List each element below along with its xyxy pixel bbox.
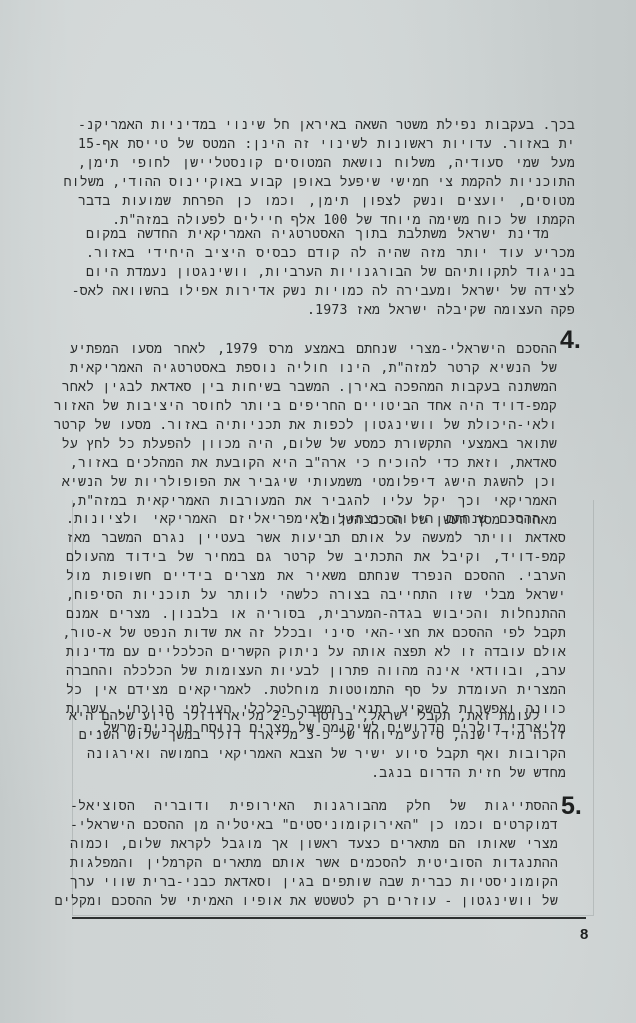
text-line: התוכניות להקמת צי חמישי שיפעל באופן קבוע… xyxy=(78,173,575,192)
text-line: הקרובות ואף תקבל סיוע ישיר של הצבא האמרי… xyxy=(90,745,566,764)
paragraph-section-5-1: ההסתייגות של חלק מהבורגנות האירופית ודוב… xyxy=(70,797,558,911)
section-number-5: 5. xyxy=(561,792,582,821)
text-line: אולם עובדה זו לא תפצה אותה על ניתוק הקשר… xyxy=(66,643,566,662)
paragraph-section-4-3: לעומת זאת, תקבל ישראל, בנוסף לכ-2 מליארד… xyxy=(90,707,566,783)
text-line: ית באזור. עדויות ראשונות לשינוי זה הינן:… xyxy=(78,135,575,154)
text-line: זוכה מידי שנה, סיוע מיוחד של כ-3 מליארד … xyxy=(90,726,566,745)
paragraph-intro-1: בכך. בעקבות נפילת משטר השאה באיראן חל שי… xyxy=(78,116,575,230)
text-line: המשתנה בעקבות המהפכה באירן. המשבר בשיחות… xyxy=(70,378,557,397)
footer-rule xyxy=(72,917,586,919)
text-line: מחדש של חזית הדרום בנגב. xyxy=(90,764,566,783)
page-number: 8 xyxy=(580,926,588,943)
text-line: סאדאת וויתר למעשה על אותם תביעות אשר בעט… xyxy=(66,529,566,548)
text-line: מכריע עוד יותר מזה שהיה לה קודם כבסיס הי… xyxy=(86,244,575,263)
document-page: בכך. בעקבות נפילת משטר השאה באיראן חל שי… xyxy=(0,0,636,1023)
paragraph-section-4-1: ההסכם הישראלי-מצרי שנחתם באמצע מרס 1979,… xyxy=(70,340,557,530)
text-line: ההסתייגות של חלק מהבורגנות האירופית ודוב… xyxy=(70,797,558,816)
text-line: ולאי-היכולת של וושינגטון לכפות את תכניות… xyxy=(70,416,557,435)
text-line: מדינת ישראל משתלבת בתוך האסטרטגיה האמריק… xyxy=(86,225,575,244)
text-line: דמוקרטים וכמו כן "האירוקומוניסטים" באיטל… xyxy=(70,816,558,835)
text-line: מעל שמי סעודיה, משלוח נושאת המטוסים קונס… xyxy=(78,154,575,173)
text-line: לצידה של ישראל ומעבירה לה כמויות נשק אדי… xyxy=(86,282,575,301)
text-line: ישראל מבלי שזו התחייבה בצורה כלשהי לוותר… xyxy=(66,586,566,605)
text-line: וכן להשגת הישג דיפלומטי משמעותי שיגביר א… xyxy=(70,473,557,492)
text-line: מצרי שאותו הם מתארים כצעד ראשון אך מוגבל… xyxy=(70,835,558,854)
text-line: קמפ-דויד, וקיבל את התכתיב של קרטר גם במח… xyxy=(66,548,566,567)
text-line: ההסכם הישראלי-מצרי שנחתם באמצע מרס 1979,… xyxy=(70,340,557,359)
text-line: פקה העצומה שקיבלה ישראל מאז 1973. xyxy=(86,301,575,320)
text-line: קמפ-דויד היה אחד הביטויים החריפים ביותר … xyxy=(70,397,557,416)
text-line: המצרית העומדת על סף התמוטטות מוחלטת. לאמ… xyxy=(66,681,566,700)
text-line: מטוסים, יועצים ונשק לצפון תימן, וכמו כן … xyxy=(78,192,575,211)
text-line: בניגוד לתקוותיהם של הבורגנויות הערביות, … xyxy=(86,263,575,282)
text-line: של הנשיא קרטר למזה"ת, הינו חוליה נוספת ב… xyxy=(70,359,557,378)
paragraph-intro-2: מדינת ישראל משתלבת בתוך האסטרטגיה האמריק… xyxy=(86,225,575,320)
text-line: שתואר באמצעי התקשורת כמסע של שלום, היה מ… xyxy=(70,435,557,454)
text-line: סאדאת, וזאת כדי להוכיח כי ארה"ב היא הקוב… xyxy=(70,454,557,473)
text-line: בכך. בעקבות נפילת משטר השאה באיראן חל שי… xyxy=(78,116,575,135)
section-number-4: 4. xyxy=(560,326,581,355)
text-line: לעומת זאת, תקבל ישראל, בנוסף לכ-2 מליארד… xyxy=(90,707,566,726)
text-line: ההתנגדות הסוביטית להסכמים אשר אותם מתארי… xyxy=(70,854,558,873)
text-line: ההסכם שנחתם היווה נצחון לאימפריאליזם האמ… xyxy=(66,510,566,529)
text-line: האמריקאי וכך יקל עליו להגביר את המעורבות… xyxy=(70,492,557,511)
text-line: הקומוניסטיות כברית שבה שותפים בגין וסאדא… xyxy=(70,873,558,892)
text-line: הערבי. ההסכם הנפרד שנחתם משאיר את מצרים … xyxy=(66,567,566,586)
paragraph-section-4-2: ההסכם שנחתם היווה נצחון לאימפריאליזם האמ… xyxy=(66,510,566,738)
text-line: תקבל לפי ההסכם את חצי-האי סיני ובכלל זה … xyxy=(66,624,566,643)
text-line: של וושינגטון - עוזרים רק לטשטש את אופיו … xyxy=(70,892,558,911)
text-line: ההתנחלות והכיבוש בגדה-המערבית, בסוריה או… xyxy=(66,605,566,624)
text-line: ערב, ובוודאי אינה מהווה פתרון לבעיות העצ… xyxy=(66,662,566,681)
